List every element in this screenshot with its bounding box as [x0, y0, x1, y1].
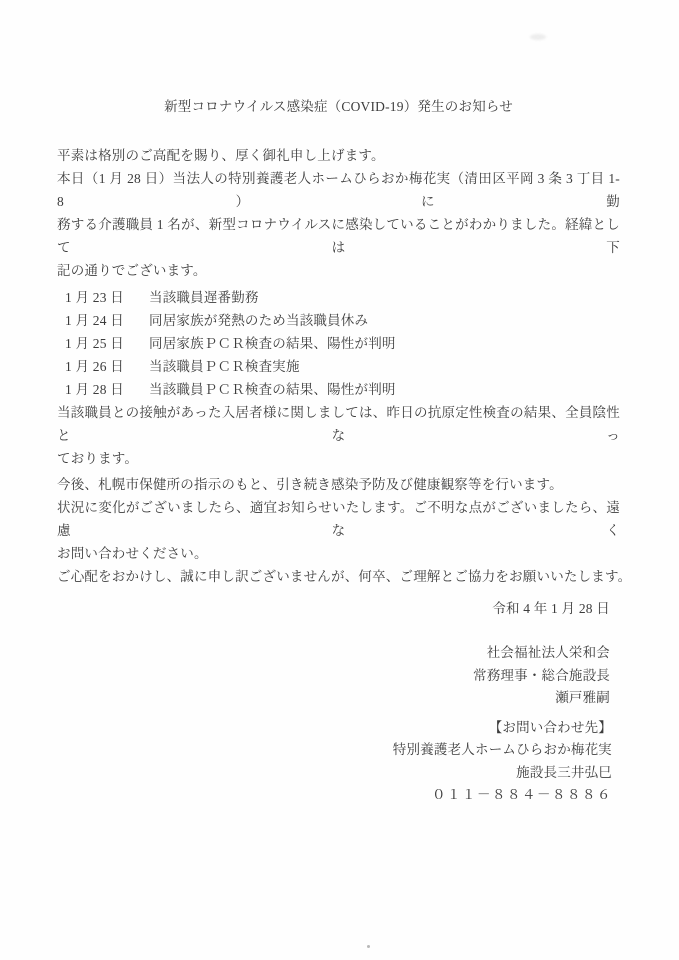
result-line-2: ております。 [57, 447, 620, 470]
timeline-row: 1 月 25 日 同居家族ＰＣＲ検査の結果、陽性が判明 [57, 332, 620, 355]
timeline-date: 1 月 24 日 [65, 309, 149, 332]
signature-organization: 社会福祉法人栄和会 [57, 642, 610, 665]
intro-line-4: 記の通りでございます。 [57, 259, 620, 282]
signature-name: 瀬戸雅嗣 [57, 687, 610, 710]
document-title: 新型コロナウイルス感染症（COVID-19）発生のお知らせ [57, 95, 620, 118]
contact-facility: 特別養護老人ホームひらおか梅花実 [57, 739, 612, 762]
intro-paragraph: 平素は格別のご高配を賜り、厚く御礼申し上げます。 本日（1 月 28 日）当法人… [57, 144, 620, 282]
scanned-notice-page: 新型コロナウイルス感染症（COVID-19）発生のお知らせ 平素は格別のご高配を… [0, 0, 679, 960]
timeline-event: 同居家族が発熱のため当該職員休み [149, 309, 620, 332]
intro-line-2: 本日（1 月 28 日）当法人の特別養護老人ホームひらおか梅花実（清田区平岡 3… [57, 167, 620, 213]
timeline-event: 同居家族ＰＣＲ検査の結果、陽性が判明 [149, 332, 620, 355]
followup-paragraph: 今後、札幌市保健所の指示のもと、引き続き感染予防及び健康観察等を行います。 状況… [57, 473, 620, 565]
timeline-list: 1 月 23 日 当該職員遅番勤務 1 月 24 日 同居家族が発熱のため当該職… [57, 286, 620, 401]
contact-heading: 【お問い合わせ先】 [57, 717, 612, 740]
timeline-date: 1 月 26 日 [65, 355, 149, 378]
timeline-date: 1 月 28 日 [65, 378, 149, 401]
timeline-row: 1 月 24 日 同居家族が発熱のため当該職員休み [57, 309, 620, 332]
contact-phone: ０１１－８８４－８８８６ [57, 784, 612, 807]
timeline-event: 当該職員ＰＣＲ検査実施 [149, 355, 620, 378]
result-line-1: 当該職員との接触があった入居者様に関しましては、昨日の抗原定性検査の結果、全員陰… [57, 401, 620, 447]
document-content: 新型コロナウイルス感染症（COVID-19）発生のお知らせ 平素は格別のご高配を… [0, 0, 679, 807]
followup-line-2: 状況に変化がございましたら、適宜お知らせいたします。ご不明な点がございましたら、… [57, 496, 620, 542]
intro-line-3: 務する介護職員 1 名が、新型コロナウイルスに感染していることがわかりました。経… [57, 213, 620, 259]
timeline-date: 1 月 23 日 [65, 286, 149, 309]
followup-line-3: お問い合わせください。 [57, 542, 620, 565]
issue-date: 令和 4 年 1 月 28 日 [57, 597, 620, 620]
apology-line: ご心配をおかけし、誠に申し訳ございませんが、何卒、ご理解とご協力をお願いいたしま… [57, 565, 620, 588]
timeline-row: 1 月 26 日 当該職員ＰＣＲ検査実施 [57, 355, 620, 378]
timeline-row: 1 月 23 日 当該職員遅番勤務 [57, 286, 620, 309]
timeline-event: 当該職員ＰＣＲ検査の結果、陽性が判明 [149, 378, 620, 401]
intro-line-1: 平素は格別のご高配を賜り、厚く御礼申し上げます。 [57, 144, 620, 167]
contact-block: 【お問い合わせ先】 特別養護老人ホームひらおか梅花実 施設長三井弘巳 ０１１－８… [57, 717, 620, 807]
signature-title: 常務理事・総合施設長 [57, 665, 610, 688]
scan-dot-artifact [367, 945, 370, 948]
scan-smudge-artifact [530, 34, 546, 40]
timeline-row: 1 月 28 日 当該職員ＰＣＲ検査の結果、陽性が判明 [57, 378, 620, 401]
signature-block: 社会福祉法人栄和会 常務理事・総合施設長 瀬戸雅嗣 [57, 642, 620, 710]
test-result-paragraph: 当該職員との接触があった入居者様に関しましては、昨日の抗原定性検査の結果、全員陰… [57, 401, 620, 470]
contact-director: 施設長三井弘巳 [57, 762, 612, 785]
followup-line-1: 今後、札幌市保健所の指示のもと、引き続き感染予防及び健康観察等を行います。 [57, 473, 620, 496]
timeline-date: 1 月 25 日 [65, 332, 149, 355]
apology-paragraph: ご心配をおかけし、誠に申し訳ございませんが、何卒、ご理解とご協力をお願いいたしま… [57, 565, 620, 588]
timeline-event: 当該職員遅番勤務 [149, 286, 620, 309]
